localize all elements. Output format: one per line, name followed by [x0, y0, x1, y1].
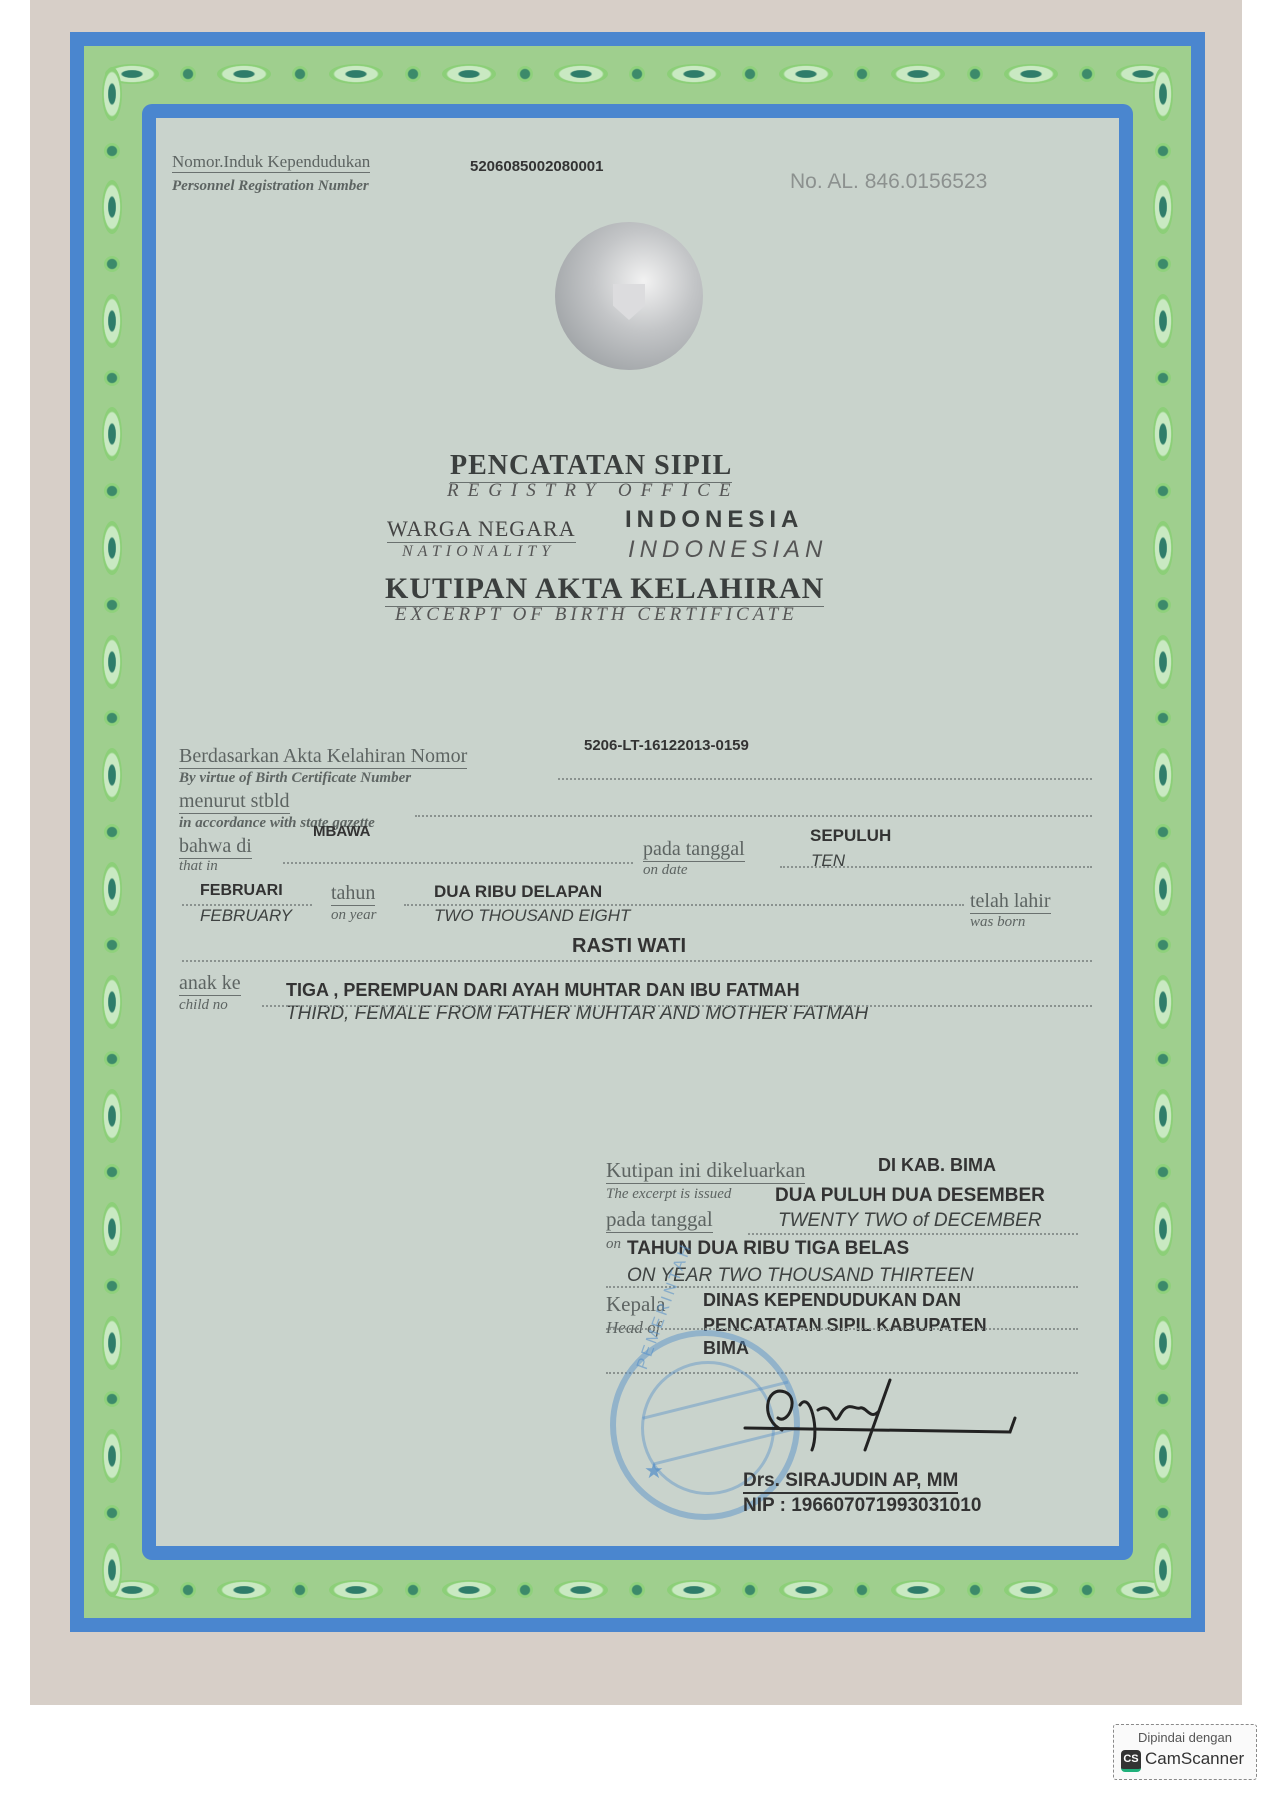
scanner-caption: Dipindai dengan [1114, 1730, 1256, 1745]
birth-year-label: tahun [331, 882, 375, 906]
born-label: telah lahir [970, 890, 1051, 914]
nik-value: 5206085002080001 [470, 158, 603, 175]
birth-month-value-en: FEBRUARY [200, 906, 292, 926]
camscanner-badge: Dipindai dengan CS CamScanner [1113, 1724, 1257, 1780]
issued-date-value-en: TWENTY TWO of DECEMBER [778, 1210, 1042, 1232]
office-title: PENCATATAN SIPIL [450, 450, 732, 483]
camscanner-logo-icon: CS [1121, 1750, 1141, 1772]
issued-date-label: pada tanggal [606, 1207, 713, 1233]
nationality-label: WARGA NEGARA [387, 516, 576, 543]
cert-number-label-en: By virtue of Birth Certificate Number [179, 770, 411, 787]
serial-number: No. AL. 846.0156523 [790, 170, 987, 194]
birth-date-label-en: on date [643, 862, 688, 879]
issued-year-value: TAHUN DUA RIBU TIGA BELAS [627, 1238, 909, 1260]
birth-year-label-en: on year [331, 907, 376, 924]
birth-year-value: DUA RIBU DELAPAN [434, 882, 602, 902]
issued-date-value: DUA PULUH DUA DESEMBER [775, 1185, 1045, 1207]
issued-place-value: DI KAB. BIMA [878, 1155, 996, 1176]
official-name: Drs. SIRAJUDIN AP, MM [743, 1470, 958, 1494]
official-nip: NIP : 196607071993031010 [743, 1495, 981, 1517]
head-value-line2: PENCATATAN SIPIL KABUPATEN [703, 1315, 987, 1336]
head-value-line1: DINAS KEPENDUDUKAN DAN [703, 1290, 961, 1311]
nik-label-en: Personnel Registration Number [172, 178, 369, 195]
hologram-seal-icon [555, 222, 703, 370]
birth-day-value-en: TEN [811, 851, 845, 871]
birth-month-value: FEBRUARI [200, 882, 283, 900]
child-order-label: anak ke [179, 972, 241, 996]
document-title: KUTIPAN AKTA KELAHIRAN [385, 572, 824, 607]
issued-label-en: The excerpt is issued [606, 1186, 731, 1203]
stbld-label: menurut stbld [179, 790, 290, 814]
place-label-en: that in [179, 858, 218, 875]
office-title-en: REGISTRY OFFICE [447, 480, 739, 502]
cert-number-value: 5206-LT-16122013-0159 [584, 737, 749, 754]
birth-date-label: pada tanggal [643, 838, 745, 862]
child-order-label-en: child no [179, 997, 228, 1014]
issued-label: Kutipan ini dikeluarkan [606, 1158, 805, 1184]
place-value: MBAWA [313, 823, 371, 840]
birth-certificate: Nomor.Induk Kependudukan Personnel Regis… [0, 0, 1271, 1798]
nationality-value: INDONESIA [625, 506, 803, 534]
place-label: bahwa di [179, 835, 252, 859]
birth-year-value-en: TWO THOUSAND EIGHT [434, 906, 630, 926]
child-order-value: TIGA , PEREMPUAN DARI AYAH MUHTAR DAN IB… [286, 980, 800, 1001]
born-label-en: was born [970, 914, 1025, 931]
nationality-label-en: NATIONALITY [402, 543, 555, 561]
birth-day-value: SEPULUH [810, 826, 891, 846]
nik-label: Nomor.Induk Kependudukan [172, 152, 370, 173]
scanner-brand: CamScanner [1145, 1749, 1244, 1769]
cert-number-label: Berdasarkan Akta Kelahiran Nomor [179, 745, 467, 769]
issued-date-label-en: on [606, 1236, 621, 1253]
child-name-value: RASTI WATI [572, 935, 686, 958]
document-title-en: EXCERPT OF BIRTH CERTIFICATE [395, 604, 798, 626]
nationality-value-en: INDONESIAN [628, 536, 827, 564]
signature-icon [740, 1370, 1020, 1470]
